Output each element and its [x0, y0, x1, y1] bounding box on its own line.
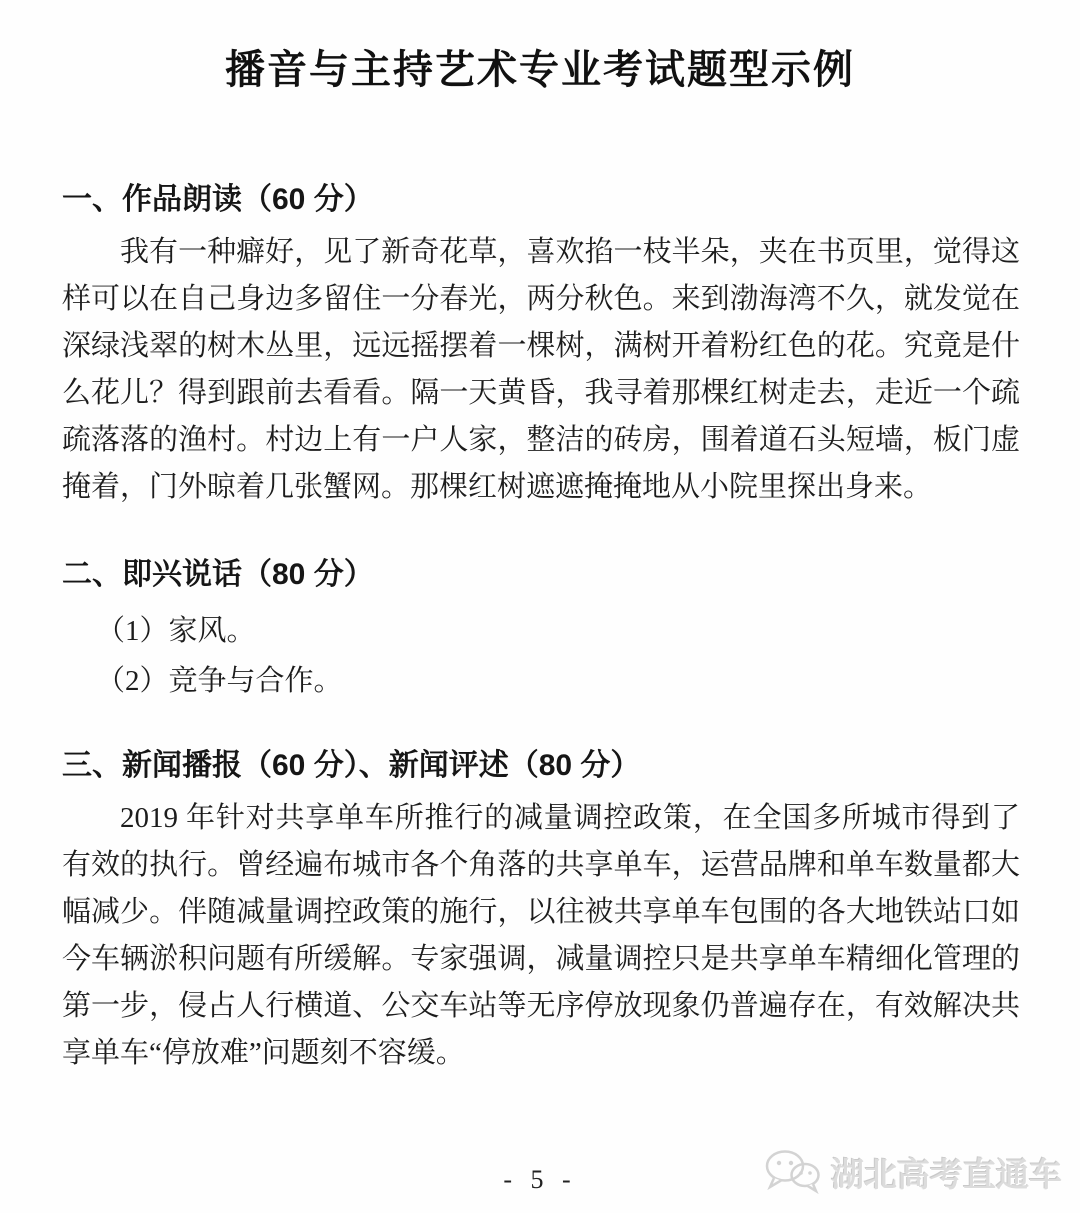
watermark: 湖北高考直通车	[761, 1147, 1062, 1197]
section-2-heading: 二、即兴说话（80 分）	[62, 549, 374, 593]
section-1-heading: 一、作品朗读（60 分）	[62, 174, 374, 218]
wechat-icon	[761, 1147, 823, 1197]
document-page: 播音与主持艺术专业考试题型示例 一、作品朗读（60 分） 我有一种癖好，见了新奇…	[0, 0, 1080, 1213]
section-3-heading: 三、新闻播报（60 分）、新闻评述（80 分）	[62, 740, 640, 784]
section-2-item-2: （2）竞争与合作。	[96, 658, 343, 699]
section-3-paragraph: 2019 年针对共享单车所推行的减量调控政策，在全国多所城市得到了有效的执行。曾…	[62, 795, 1020, 1077]
watermark-text: 湖北高考直通车	[831, 1149, 1062, 1196]
section-1-paragraph: 我有一种癖好，见了新奇花草，喜欢掐一枝半朵，夹在书页里，觉得这样可以在自己身边多…	[62, 229, 1020, 511]
section-2-item-1: （1）家风。	[96, 608, 256, 649]
page-title: 播音与主持艺术专业考试题型示例	[0, 38, 1080, 95]
